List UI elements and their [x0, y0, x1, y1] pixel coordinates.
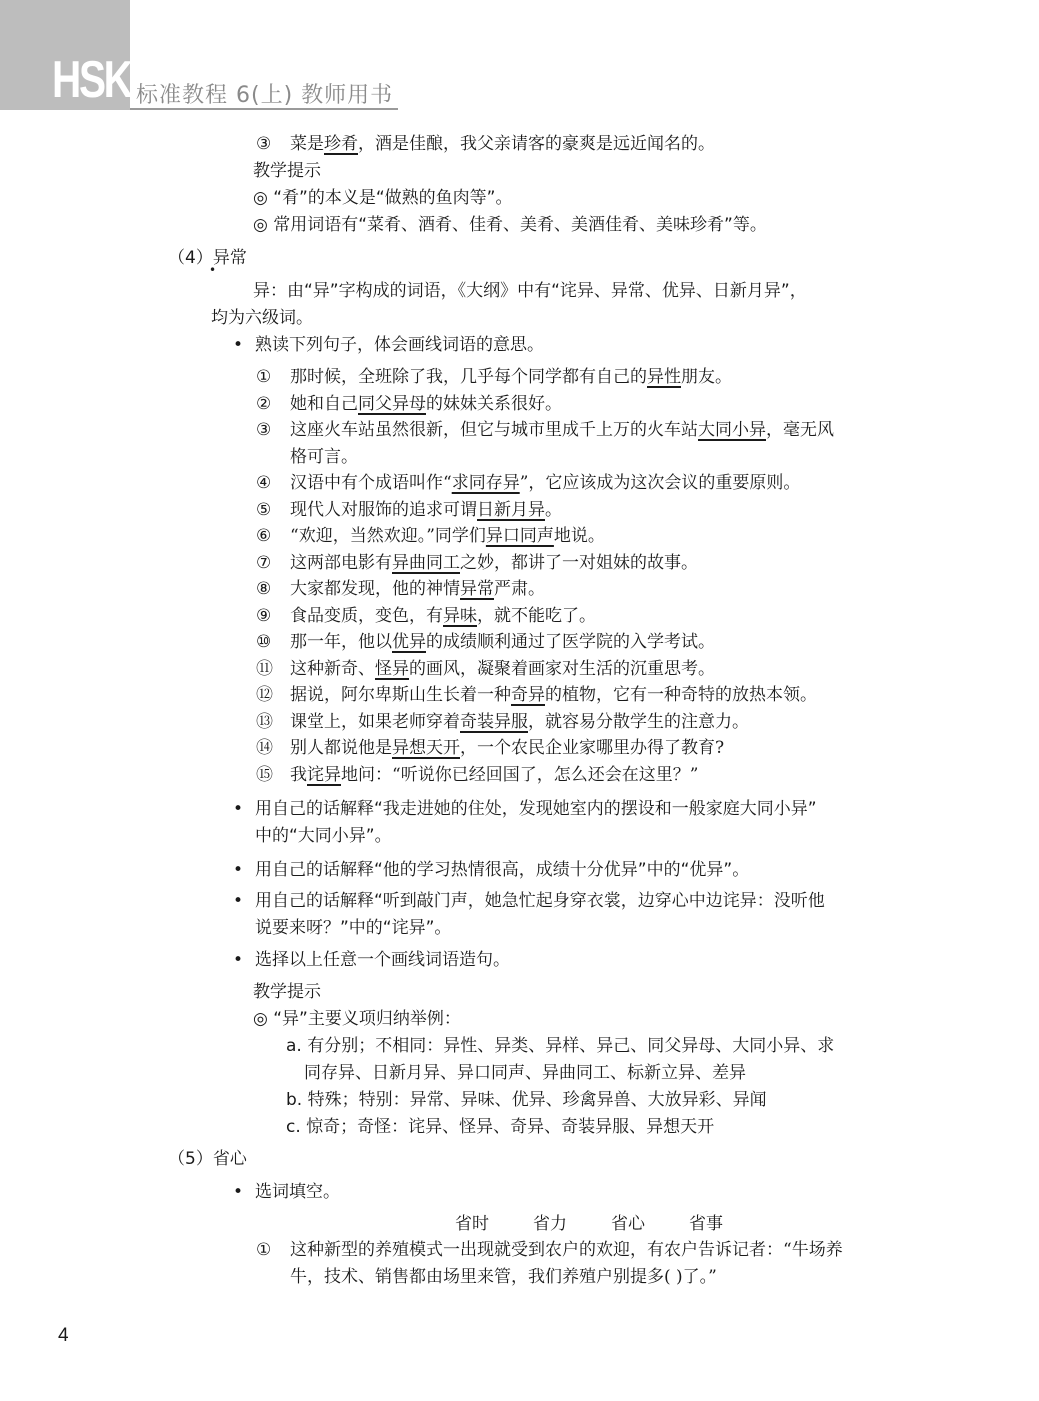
example-sentence: ⑧大家都发现，他的神情异常严肃。 [256, 576, 545, 602]
example-sentence: ①那时候，全班除了我，几乎每个同学都有自己的异性朋友。 [256, 364, 732, 390]
book-title: 标准教程 6(上) 教师用书 [136, 78, 393, 109]
underlined-term: 异性 [647, 367, 681, 387]
word-option: 省时 [455, 1209, 489, 1234]
underlined-term: 同父异母 [358, 394, 426, 414]
header-rule [130, 108, 398, 110]
example-sentence: ⑦这两部电影有异曲同工之妙，都讲了一对姐妹的故事。 [256, 550, 698, 576]
task-item-cont: 中的“大同小异”。 [255, 823, 392, 849]
tip-lead: ◎ “异”主要义项归纳举例： [253, 1006, 461, 1032]
underlined-term: 怪异 [375, 659, 409, 679]
bullet-icon: • [233, 796, 255, 822]
meaning-item: a. 有分别；不相同：异性、异类、异样、异己、同父异母、大同小异、求 [286, 1033, 834, 1059]
example-sentence-cont: 格可言。 [290, 444, 358, 470]
example-sentence: ③这座火车站虽然很新，但它与城市里成千上万的火车站大同小异，毫无风 [256, 417, 834, 443]
meaning-item: c. 惊奇；奇怪：诧异、怪异、奇异、奇装异服、异想天开 [286, 1114, 714, 1140]
tips-title: 教学提示 [253, 158, 321, 184]
underlined-term: 异常 [460, 579, 494, 599]
bullet-icon: • [233, 857, 255, 883]
underlined-term: 异曲同工 [392, 553, 460, 573]
example-sentence: ⑪这种新奇、怪异的画风，凝聚着画家对生活的沉重思考。 [256, 656, 715, 682]
underlined-term: 优异 [392, 632, 426, 652]
word-option: 省心 [611, 1209, 645, 1234]
task-item: •用自己的话解释“我走进她的住处，发现她室内的摆设和一般家庭大同小异” [233, 796, 817, 822]
section-heading: （5）省心 [168, 1146, 247, 1172]
intro-text: 异：由“异”字构成的词语，《大纲》中有“诧异、异常、优异、日新月异”， [253, 278, 807, 304]
underlined-term: 日新月异 [477, 500, 545, 520]
underlined-term: 异味 [443, 606, 477, 626]
underlined-term: 诧异 [307, 765, 341, 785]
example-3-zhenyao: ③菜是珍肴，酒是佳酿，我父亲请客的豪爽是远近闻名的。 [256, 131, 715, 157]
task-item: •用自己的话解释“听到敲门声，她急忙起身穿衣裳，边穿心中边诧异：没听他 [233, 888, 825, 914]
bullet-icon: • [233, 888, 255, 914]
bullet-icon: • [233, 947, 255, 973]
tip-item: ◎ “肴”的本义是“做熟的鱼肉等”。 [253, 185, 512, 211]
fill-blank-example-cont: 牛，技术、销售都由场里来管，我们养殖户别提多( )了。” [290, 1264, 717, 1290]
fill-blank-example: ①这种新型的养殖模式一出现就受到农户的欢迎，有农户告诉记者：“牛场养 [256, 1237, 843, 1263]
example-sentence: ⑫据说，阿尔卑斯山生长着一种奇异的植物，它有一种奇特的放热本领。 [256, 682, 817, 708]
page-number: 4 [58, 1325, 69, 1347]
example-sentence: ④汉语中有个成语叫作“求同存异”，它应该成为这次会议的重要原则。 [256, 470, 800, 496]
underlined-term: 大同小异 [698, 420, 766, 440]
task-item: •用自己的话解释“他的学习热情很高，成绩十分优异”中的“优异”。 [233, 857, 749, 883]
underlined-term: 奇异 [511, 685, 545, 705]
example-sentence: ⑥“欢迎，当然欢迎。”同学们异口同声地说。 [256, 523, 605, 549]
intro-text: 均为六级词。 [211, 305, 313, 331]
example-sentence: ⑭别人都说他是异想天开，一个农民企业家哪里办得了教育? [256, 735, 724, 761]
underlined-term: 异想天开 [392, 738, 460, 758]
word-bank: 省时省力省心省事 [455, 1209, 767, 1234]
meaning-item: b. 特殊；特别：异常、异味、优异、珍禽异兽、大放异彩、异闻 [286, 1087, 767, 1113]
bullet-icon: • [233, 332, 255, 358]
dot-marker: • [209, 257, 216, 283]
section-heading: （4）异常 [168, 245, 247, 271]
example-sentence: ⑤现代人对服饰的追求可谓日新月异。 [256, 497, 562, 523]
example-sentence: ②她和自己同父异母的妹妹关系很好。 [256, 391, 562, 417]
example-sentence: ⑬课堂上，如果老师穿着奇装异服，就容易分散学生的注意力。 [256, 709, 749, 735]
example-sentence: ⑨食品变质，变色，有异味，就不能吃了。 [256, 603, 596, 629]
underlined-term: 奇装异服 [460, 712, 528, 732]
example-sentence: ⑮我诧异地问：“听说你已经回国了，怎么还会在这里？” [256, 762, 698, 788]
underlined-term: 求同存异 [452, 473, 520, 493]
task-item-cont: 说要来呀？”中的“诧异”。 [255, 915, 451, 941]
underlined-term: 珍肴 [324, 134, 358, 154]
word-option: 省力 [533, 1209, 567, 1234]
bullet-icon: • [233, 1179, 255, 1205]
hsk-logo: HSK [52, 52, 131, 108]
example-sentence: ⑩那一年，他以优异的成绩顺利通过了医学院的入学考试。 [256, 629, 715, 655]
meaning-item-cont: 同存异、日新月异、异口同声、异曲同工、标新立异、差异 [304, 1060, 746, 1086]
task-item: •选词填空。 [233, 1179, 340, 1205]
tip-item: ◎ 常用词语有“菜肴、酒肴、佳肴、美肴、美酒佳肴、美味珍肴”等。 [253, 212, 767, 238]
task-item: •熟读下列句子，体会画线词语的意思。 [233, 332, 544, 358]
task-item: •选择以上任意一个画线词语造句。 [233, 947, 510, 973]
tips-title: 教学提示 [253, 979, 321, 1005]
underlined-term: 异口同声 [486, 526, 554, 546]
word-option: 省事 [689, 1209, 723, 1234]
